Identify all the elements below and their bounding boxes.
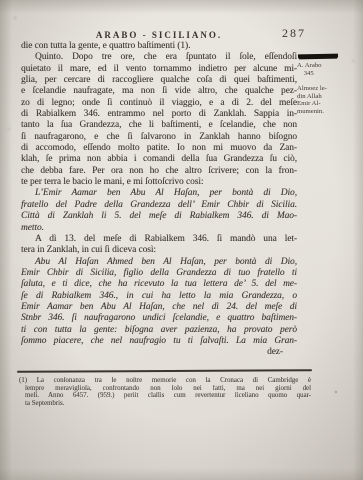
paragraph-adi-13: A dì 13. del meſe di Rabialkem 346. ſi m… [21,234,297,257]
text-line: che debba fare. Per ora non ho che altro… [21,166,297,177]
margin-note-line: A. Arabo [297,62,361,70]
text-line: zo di legno; onde ſi continuò il viaggio… [21,98,297,109]
text-line: tanto la ſua Grandezza, che li baſtiment… [21,120,297,131]
footnote-rule [17,369,312,373]
text-line: A dì 13. del meſe di Rabialkem 346. ſi m… [21,234,297,245]
margin-note-line: Emir Al- [297,100,361,108]
footnote-line: (1) La conſonanza tra le noſtre memorie … [19,377,311,385]
margin-note-line: Almoez le- [297,85,361,93]
book-page-scan: ARABO - SICILIANO. 287 A. Arabo 345Almoe… [0,0,363,480]
text-line: klah, ſe prima non abbia i comandi della… [21,154,297,165]
text-line: glia, per cercare di raccogliere qualche… [21,75,297,86]
footnote-line: ſempre meraviglioſa, confrontando non ſo… [19,385,311,393]
text-line: e ſcelandie naufragate, ma non ſi vide a… [21,86,297,97]
running-title: ARABO - SICILIANO. [21,30,297,40]
page-number: 287 [282,26,306,41]
letter-emir-aamar: L’Emir Aamar ben Abu Al Haſan, per bontà… [21,188,297,233]
paragraph-quinto: Quinto. Dopo tre ore, che era ſpuntato i… [21,52,297,188]
footnote-line: meſi. Anno 6457. (959.) periit claſſis c… [19,392,311,400]
margin-note-line: din Allah [297,93,361,101]
text-line: ti con tutta la gente: biſogna aver pazi… [21,325,297,336]
text-line: Stnbr 346. ſi naufragarono undici ſcelan… [21,313,297,324]
text-line: ſaluta, e ti dice, che ha ricevuto la tu… [21,279,297,290]
text-line: quietato il mare, ed il vento tornammo i… [21,64,297,75]
catchword: dez- [21,347,297,358]
margin-note-line [297,77,361,85]
margin-note-line: mumenin. [297,108,361,116]
text-line: Quinto. Dopo tre ore, che era ſpuntato i… [21,52,297,63]
margin-note: A. Arabo 345Almoez le-din AllahEmir Al-m… [297,62,361,116]
text-line: ſommo piacere, che nel naufragio tu ti ſ… [21,336,297,347]
text-line: fratello del Padre della Grandezza dell’… [21,200,297,211]
text-line: die con tutta la gente, e quattro baſtim… [21,41,297,52]
text-line: L’Emir Aamar ben Abu Al Haſan, per bontà… [21,188,297,199]
text-line: ſi naufragarono, e che ſi ſalvarono in Z… [21,132,297,143]
text-line: ſe di Rabialkem 346., in cui ha letto la… [21,291,297,302]
text-line: tera in Zanklah, in cui ſi diceva così: [21,245,297,256]
text-line: di Rabialkem 346. entrammo nel porto di … [21,109,297,120]
letter-abu-al-hasan: Abu Al Haſan Ahmed ben Al Haſan, per bon… [21,257,297,348]
text-line: Emir Chbir di Sicilia, figlio della Gran… [21,268,297,279]
text-line: Abu Al Haſan Ahmed ben Al Haſan, per bon… [21,257,297,268]
footnote-line: ta Septembris. [19,400,311,408]
text-line: Città di Zanklah li 5. del meſe di Rabia… [21,211,297,222]
text-column: die con tutta la gente, e quattro baſtim… [21,41,297,359]
text-line: di accomodo, eſſendo molto patite. Io no… [21,143,297,154]
text-line: te per terra le bacio le mani, e mi ſott… [21,177,297,188]
text-line: metto. [21,223,297,234]
paragraph-continuation: die con tutta la gente, e quattro baſtim… [21,41,297,52]
footnote: (1) La conſonanza tra le noſtre memorie … [19,377,311,407]
scan-speckles [0,0,2,2]
margin-ink-mark [298,54,338,59]
margin-note-line: 345 [297,70,361,78]
text-line: Emir Aamar ben Abu Al Haſan, che nel dì … [21,302,297,313]
